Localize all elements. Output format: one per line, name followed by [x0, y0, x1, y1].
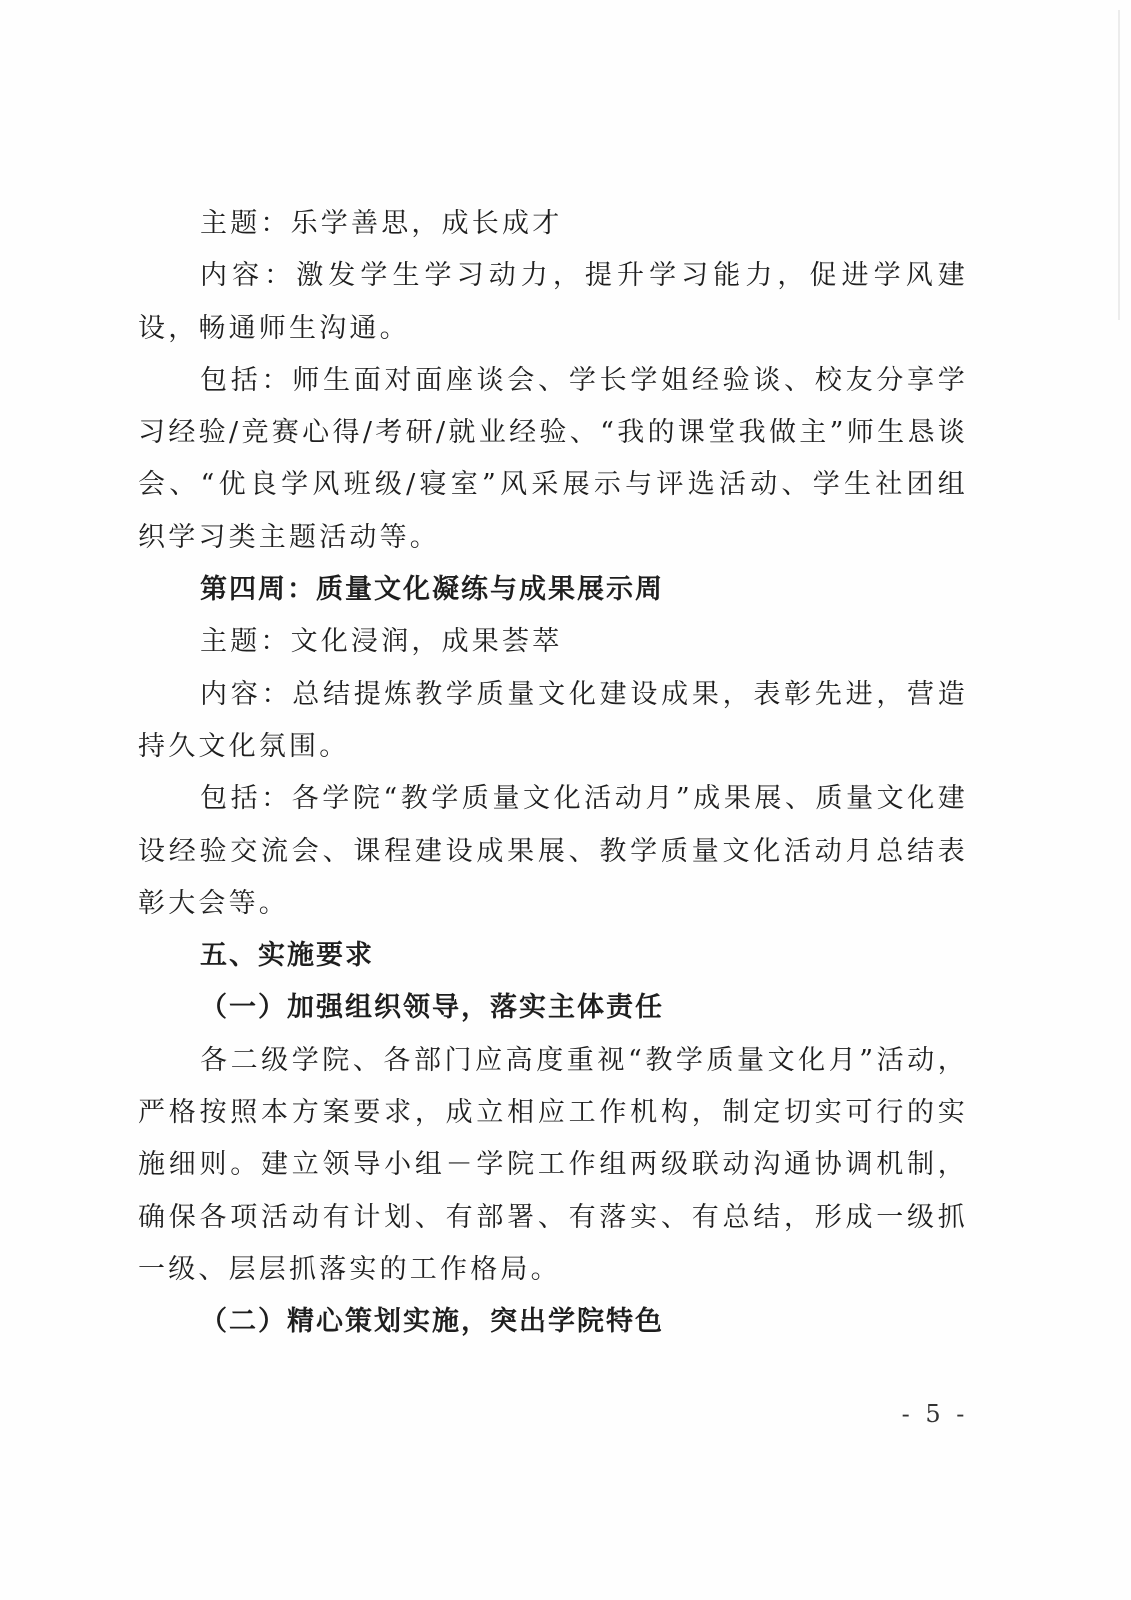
document-body: 主题：乐学善思，成长成才 内容：激发学生学习动力，提升学习能力，促进学风建设，畅… [138, 198, 968, 1349]
includes-paragraph-week4: 包括：各学院“教学质量文化活动月”成果展、质量文化建设经验交流会、课程建设成果展… [138, 773, 968, 930]
subsection-heading-1: （一）加强组织领导，落实主体责任 [138, 982, 968, 1034]
page-number: - 5 - [900, 1400, 970, 1428]
theme-paragraph-week4: 主题：文化浸润，成果荟萃 [138, 616, 968, 668]
theme-paragraph-week3: 主题：乐学善思，成长成才 [138, 198, 968, 250]
document-page: 主题：乐学善思，成长成才 内容：激发学生学习动力，提升学习能力，促进学风建设，畅… [0, 0, 1131, 1600]
week4-heading: 第四周：质量文化凝练与成果展示周 [138, 564, 968, 616]
subsection-heading-2: （二）精心策划实施，突出学院特色 [138, 1296, 968, 1348]
includes-paragraph-week3: 包括：师生面对面座谈会、学长学姐经验谈、校友分享学习经验/竞赛心得/考研/就业经… [138, 355, 968, 564]
section-heading-implementation: 五、实施要求 [138, 930, 968, 982]
content-paragraph-week4: 内容：总结提炼教学质量文化建设成果，表彰先进，营造持久文化氛围。 [138, 669, 968, 774]
scan-edge-line [1118, 10, 1120, 320]
subsection-1-body: 各二级学院、各部门应高度重视“教学质量文化月”活动，严格按照本方案要求，成立相应… [138, 1035, 968, 1296]
content-paragraph-week3: 内容：激发学生学习动力，提升学习能力，促进学风建设，畅通师生沟通。 [138, 250, 968, 355]
